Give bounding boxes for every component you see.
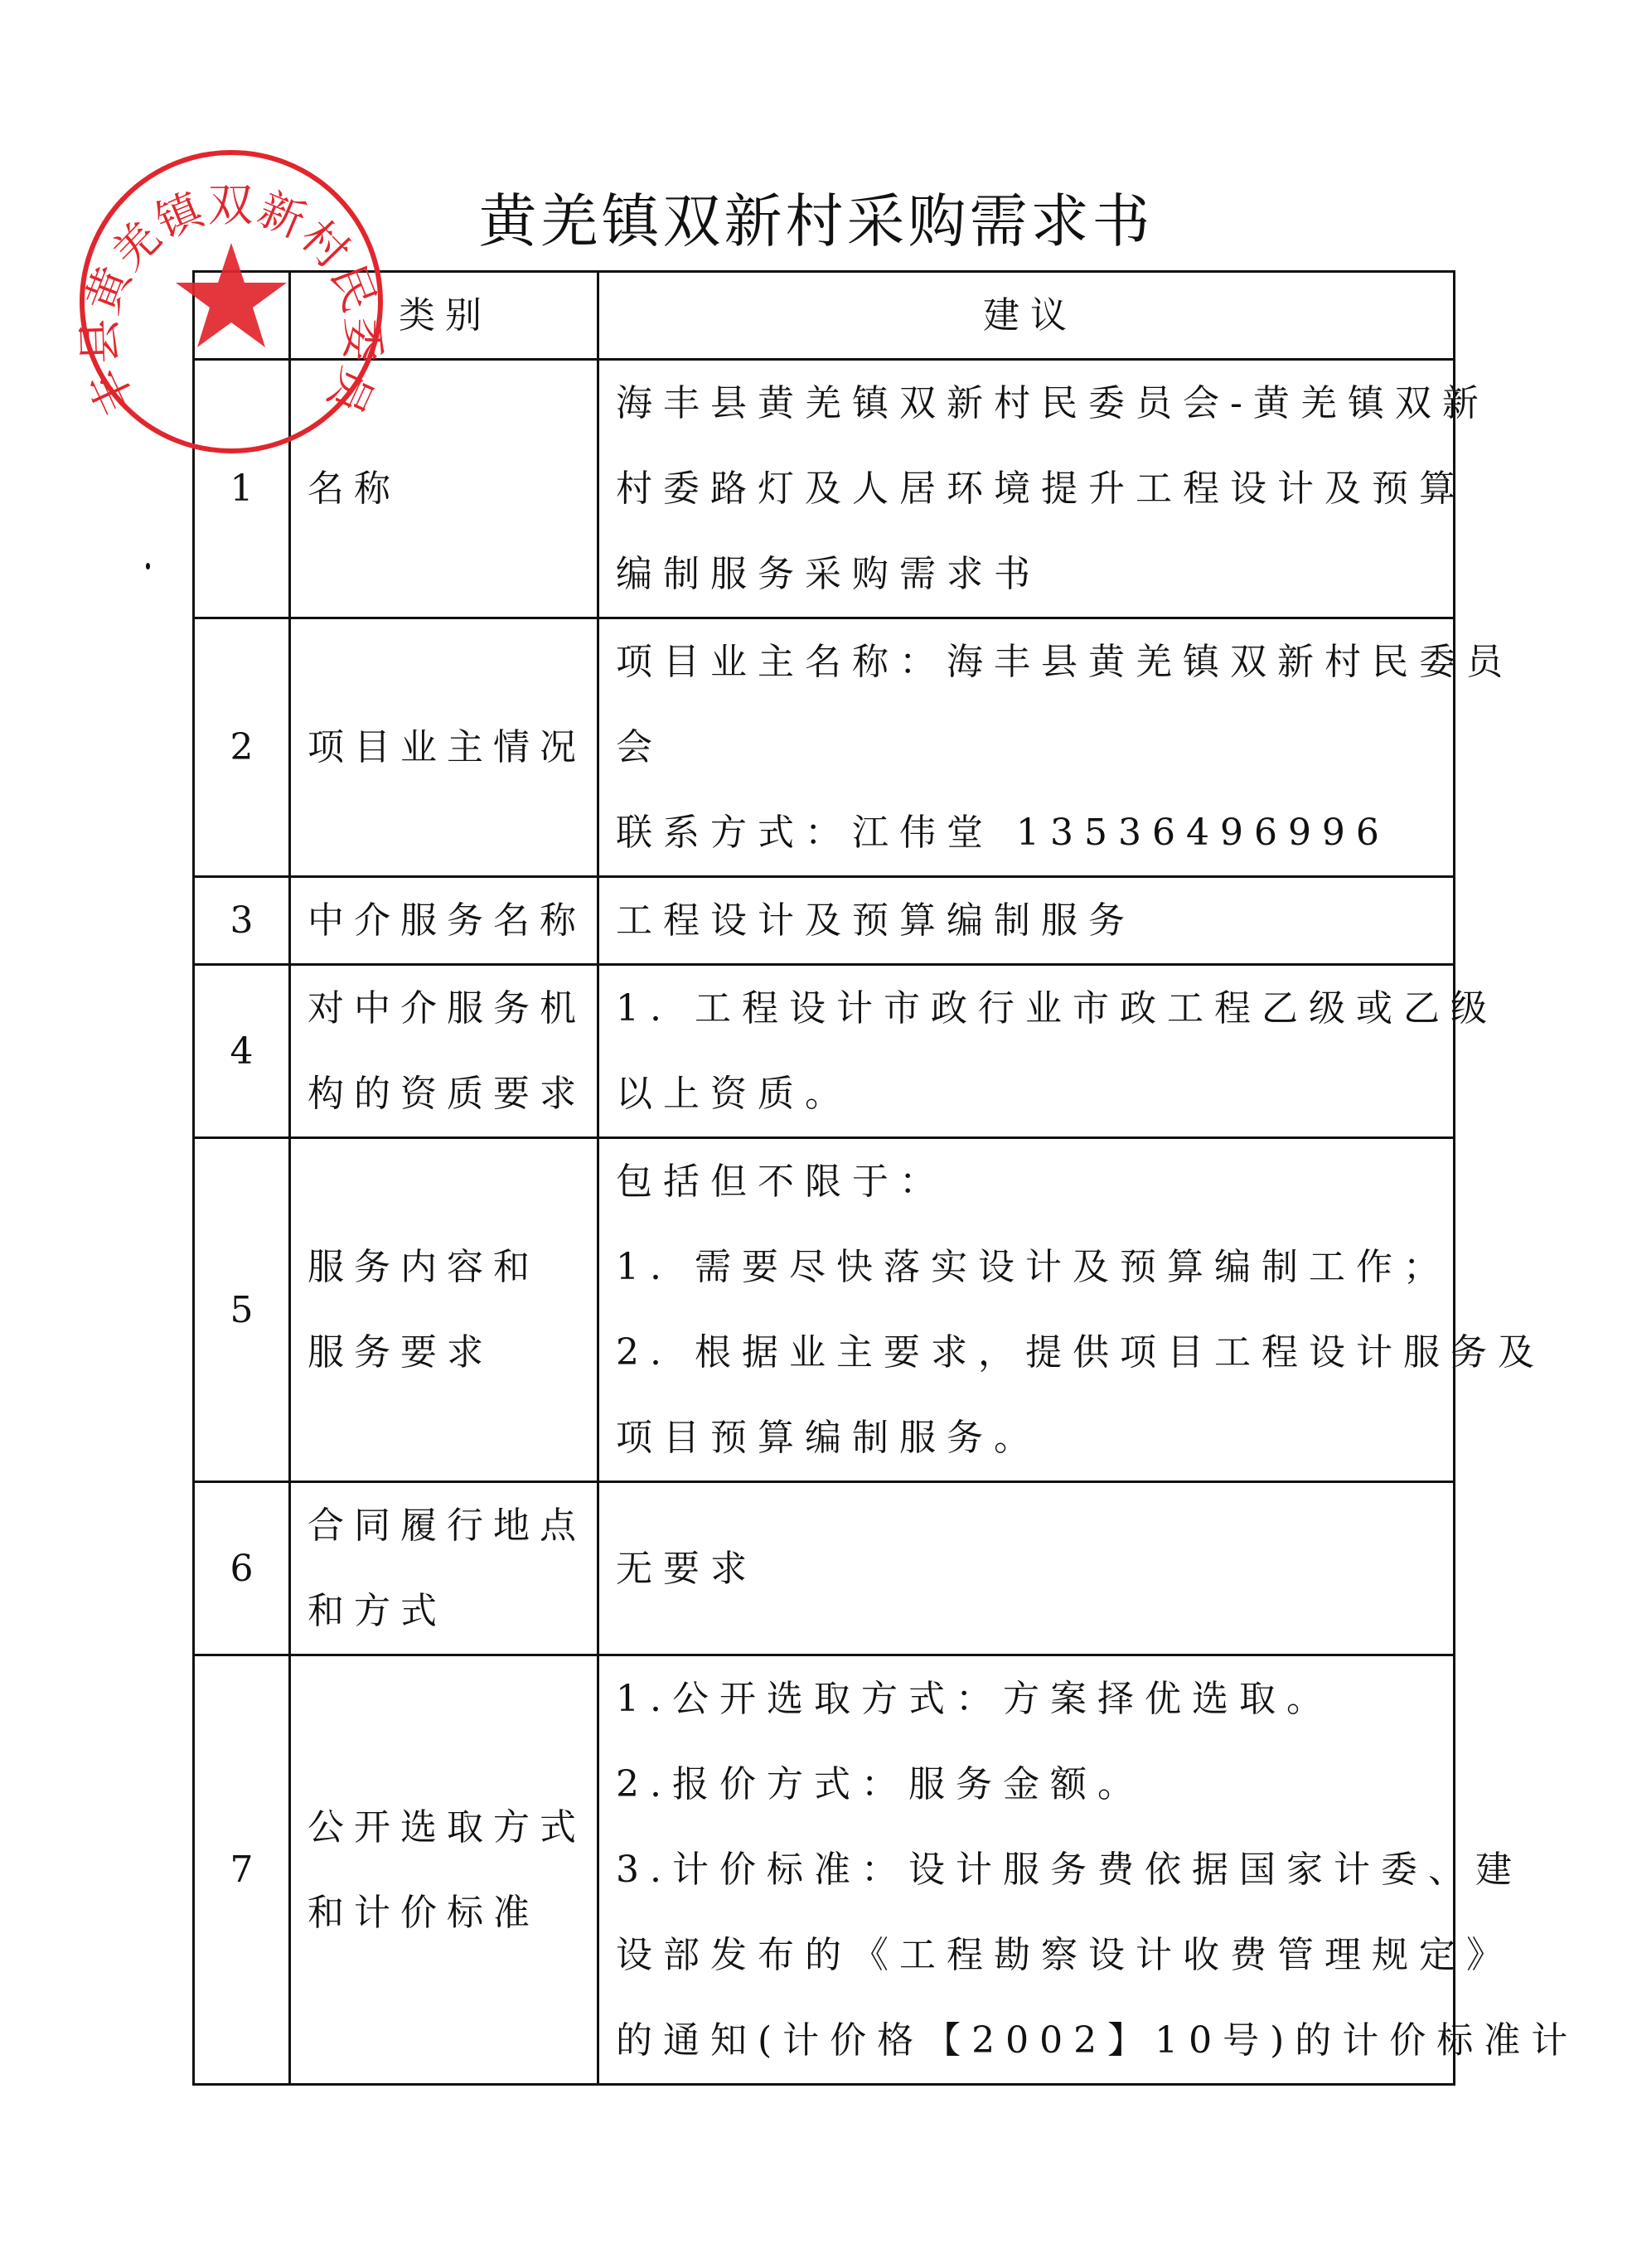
table-row: 4 对中介服务机 构的资质要求 1. 工程设计市政行业市政工程乙级或乙级 以上资… (194, 965, 1455, 1138)
row-category: 名称 (290, 360, 598, 618)
row-number: 2 (194, 618, 290, 877)
row-number: 3 (194, 877, 290, 965)
scan-speck (146, 563, 150, 569)
row-category: 合同履行地点 和方式 (290, 1482, 598, 1655)
requirements-table: 类别 建议 1 名称 海丰县黄羌镇双新村民委员会-黄羌镇双新 村委路灯及人居环境… (192, 270, 1455, 2086)
row-suggestion: 无要求 (598, 1482, 1455, 1655)
row-suggestion: 包括但不限于： 1. 需要尽快落实设计及预算编制工作； 2. 根据业主要求，提供… (598, 1138, 1455, 1482)
row-suggestion: 1. 工程设计市政行业市政工程乙级或乙级 以上资质。 (598, 965, 1455, 1138)
header-no (194, 272, 290, 360)
table-row: 7 公开选取方式 和计价标准 1.公开选取方式：方案择优选取。 2.报价方式：服… (194, 1655, 1455, 2085)
table-row: 5 服务内容和 服务要求 包括但不限于： 1. 需要尽快落实设计及预算编制工作；… (194, 1138, 1455, 1482)
header-suggestion: 建议 (598, 272, 1455, 360)
table-row: 1 名称 海丰县黄羌镇双新村民委员会-黄羌镇双新 村委路灯及人居环境提升工程设计… (194, 360, 1455, 618)
row-number: 6 (194, 1482, 290, 1655)
header-category: 类别 (290, 272, 598, 360)
row-number: 4 (194, 965, 290, 1138)
row-category: 中介服务名称 (290, 877, 598, 965)
row-suggestion: 海丰县黄羌镇双新村民委员会-黄羌镇双新 村委路灯及人居环境提升工程设计及预算 编… (598, 360, 1455, 618)
row-number: 7 (194, 1655, 290, 2085)
row-suggestion: 工程设计及预算编制服务 (598, 877, 1455, 965)
row-category: 公开选取方式 和计价标准 (290, 1655, 598, 2085)
table-row: 6 合同履行地点 和方式 无要求 (194, 1482, 1455, 1655)
row-suggestion: 项目业主名称：海丰县黄羌镇双新村民委员 会 联系方式：江伟堂 135364969… (598, 618, 1455, 877)
table-header-row: 类别 建议 (194, 272, 1455, 360)
row-category: 对中介服务机 构的资质要求 (290, 965, 598, 1138)
row-category: 服务内容和 服务要求 (290, 1138, 598, 1482)
document-title: 黄羌镇双新村采购需求书 (0, 184, 1632, 259)
row-category: 项目业主情况 (290, 618, 598, 877)
row-suggestion: 1.公开选取方式：方案择优选取。 2.报价方式：服务金额。 3.计价标准：设计服… (598, 1655, 1455, 2085)
row-number: 1 (194, 360, 290, 618)
row-number: 5 (194, 1138, 290, 1482)
table-row: 2 项目业主情况 项目业主名称：海丰县黄羌镇双新村民委员 会 联系方式：江伟堂 … (194, 618, 1455, 877)
table-row: 3 中介服务名称 工程设计及预算编制服务 (194, 877, 1455, 965)
